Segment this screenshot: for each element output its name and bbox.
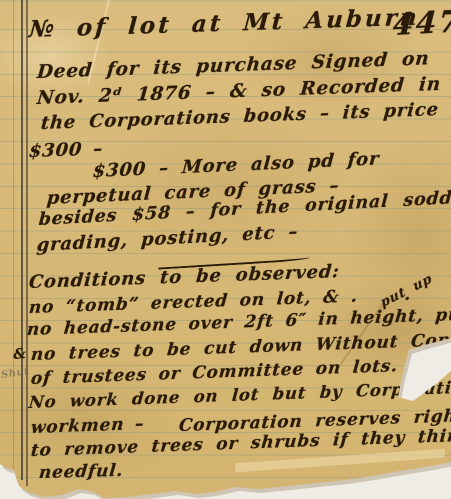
condition-workmen: workmen –: [30, 414, 145, 438]
margin-rule-line: [21, 0, 23, 480]
lot-number: 4474: [392, 3, 451, 43]
condition-needful: needful.: [38, 461, 124, 483]
margin-ampersand-mark: &: [13, 346, 28, 363]
margin-rule-line: [26, 0, 28, 486]
handwritten-document-paper: № of lot at Mt Auburn 4474 Deed for its …: [0, 0, 451, 499]
paper-edge-crease: [13, 0, 14, 470]
scan-backdrop: № of lot at Mt Auburn 4474 Deed for its …: [0, 0, 451, 499]
line-price-300: $300 –: [28, 138, 104, 162]
